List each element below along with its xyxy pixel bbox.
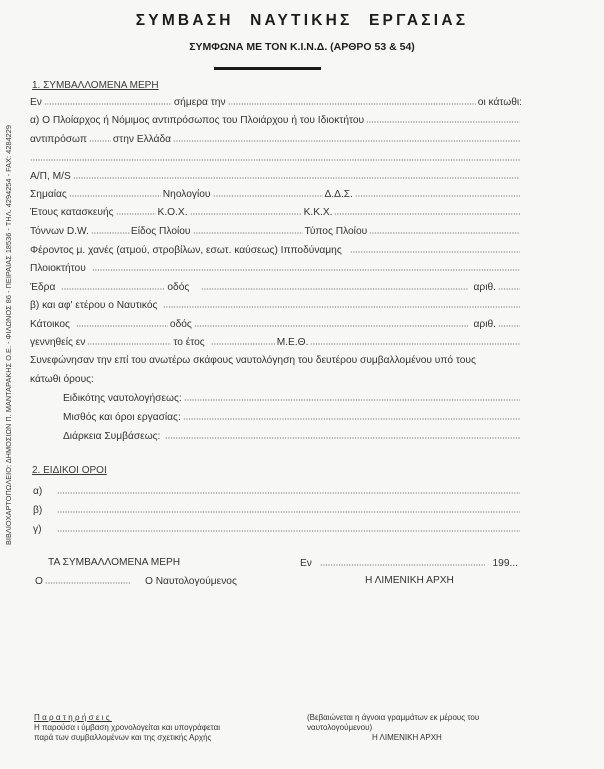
agreement-text-2: κάτωθι όρους:: [30, 374, 94, 385]
row-specialty: Ειδικότης ναυτολογήσεως:: [63, 392, 522, 406]
field-continuation[interactable]: [30, 152, 520, 161]
label-en: Εν: [300, 558, 312, 569]
row-seaman: β) και αφ' ετέρου ο Ναυτικός: [30, 299, 522, 313]
row-salary: Μισθός και όροι εργασίας:: [63, 411, 522, 425]
row-seat: Έδρα οδός αριθ.: [30, 281, 522, 295]
label-party-o: Ο: [35, 576, 43, 587]
field-dds[interactable]: [355, 188, 520, 197]
field-seat-number[interactable]: [498, 281, 520, 290]
notes-line-2: παρά των συμβαλλομένων και της σχετικής …: [34, 733, 211, 742]
label-street: οδός: [167, 282, 189, 293]
document-subtitle: ΣΥΜΦΩΝΑ ΜΕ ΤΟΝ Κ.Ι.Ν.Δ. (ΑΡΘΡΟ 53 & 54): [0, 41, 604, 53]
label-year-built: Έτους κατασκευής: [30, 207, 114, 218]
label-engines: Φέροντος μ. χανές (ατμού, στροβίλων, εσω…: [30, 245, 342, 256]
label-ship-type: Τύπος Πλοίου: [305, 226, 368, 237]
field-date[interactable]: [228, 96, 476, 105]
agreement-text-1: Συνεφώνησαν την επί του ανωτέρω σκάφους …: [30, 355, 476, 366]
label-dds: Δ.Δ.Σ.: [325, 189, 353, 200]
row-agreement-1: Συνεφώνησαν την επί του ανωτέρω σκάφους …: [30, 355, 522, 369]
special-term-a: α): [33, 485, 522, 499]
label-year-prefix: 199...: [493, 558, 519, 569]
field-duration[interactable]: [165, 430, 520, 439]
certification-authority: Η ΛΙΜΕΝΙΚΗ ΑΡΧΗ: [372, 733, 442, 742]
label-in-greece: στην Ελλάδα: [113, 134, 171, 145]
field-meth[interactable]: [310, 336, 520, 345]
row-duration: Διάρκεια Συμβάσεως:: [63, 430, 522, 444]
field-resident-number[interactable]: [498, 318, 520, 327]
row-representative: αντιπρόσωπ στην Ελλάδα: [30, 133, 522, 147]
label-place: Εν: [30, 97, 42, 108]
field-representative[interactable]: [173, 133, 520, 142]
section-1-heading: 1. ΣΥΜΒΑΛΛΟΜΕΝΑ ΜΕΡΗ: [32, 80, 159, 91]
field-birthplace[interactable]: [87, 336, 171, 345]
label-year: το έτος: [173, 337, 204, 348]
printer-imprint: ΒΙΒΛΙΟΧΑΡΤΟΠΩΛΕΙΟ: ΔΗΜΟΣΙΩΝ Π. ΜΑΝΤΑΡΑΚΗ…: [4, 125, 13, 545]
field-seat[interactable]: [61, 281, 165, 290]
label-ship-name: Α/Π, M/S: [30, 171, 71, 182]
label-seaman: β) και αφ' ετέρου ο Ναυτικός: [30, 300, 157, 311]
parties-heading: ΤΑ ΣΥΜΒΑΛΛΟΜΕΝΑ ΜΕΡΗ: [48, 557, 180, 568]
label-term-b: β): [33, 505, 49, 516]
contract-form-page: ΣΥΜΒΑΣΗ ΝΑΥΤΙΚΗΣ ΕΡΓΑΣΙΑΣ ΣΥΜΦΩΝΑ ΜΕ ΤΟΝ…: [0, 0, 604, 769]
label-flag: Σημαίας: [30, 189, 67, 200]
field-resident-street[interactable]: [194, 318, 468, 327]
field-master[interactable]: [366, 114, 520, 123]
special-term-b: β): [33, 504, 522, 518]
label-duration: Διάρκεια Συμβάσεως:: [63, 431, 160, 442]
field-seaman[interactable]: [163, 299, 520, 308]
field-ship-kind[interactable]: [193, 225, 303, 234]
field-term-b[interactable]: [57, 504, 520, 513]
row-blank-continuation: [30, 152, 522, 166]
label-seat: Έδρα: [30, 282, 55, 293]
row-resident: Κάτοικος οδός αριθ.: [30, 318, 522, 332]
field-representative-suffix[interactable]: [89, 133, 111, 142]
label-representative: αντιπρόσωπ: [30, 134, 87, 145]
label-undersigned: οι κάτωθι:: [478, 97, 522, 108]
signature-row: Ο Ο Ναυτολογούμενος: [35, 575, 275, 587]
field-sign-place[interactable]: [320, 557, 485, 566]
field-tonnage[interactable]: [91, 225, 129, 234]
field-specialty[interactable]: [184, 392, 520, 401]
label-seaman-signature: Ο Ναυτολογούμενος: [145, 576, 237, 587]
notes-line-1: Η παρούσα ι ύμβαση χρονολογείται και υπο…: [34, 723, 220, 732]
row-ship-name: Α/Π, M/S: [30, 170, 522, 184]
label-salary: Μισθός και όροι εργασίας:: [63, 412, 181, 423]
label-meth: Μ.Ε.Θ.: [277, 337, 309, 348]
field-term-a[interactable]: [57, 485, 520, 494]
field-place[interactable]: [44, 96, 172, 105]
field-birth-year[interactable]: [211, 336, 275, 345]
field-ship-name[interactable]: [73, 170, 520, 179]
field-term-c[interactable]: [57, 523, 520, 532]
field-horsepower[interactable]: [350, 244, 520, 253]
label-tonnage: Τόννων D.W.: [30, 226, 89, 237]
document-title: ΣΥΜΒΑΣΗ ΝΑΥΤΙΚΗΣ ΕΡΓΑΣΙΑΣ: [0, 12, 604, 30]
label-term-a: α): [33, 486, 49, 497]
label-resident: Κάτοικος: [30, 319, 70, 330]
certification-line-2: ναυτολογούμενου): [307, 723, 372, 732]
port-authority-signature: Η ΛΙΜΕΝΙΚΗ ΑΡΧΗ: [365, 575, 454, 586]
field-ship-type[interactable]: [369, 225, 520, 234]
label-kox: Κ.Ο.Χ.: [158, 207, 188, 218]
row-owner: Πλοιοκτήτου: [30, 262, 522, 276]
signature-place-date: Εν 199...: [300, 557, 518, 569]
label-master: α) Ο Πλοίαρχος ή Νόμιμος αντιπρόσωπος το…: [30, 115, 364, 126]
label-owner: Πλοιοκτήτου: [30, 263, 86, 274]
field-seat-street[interactable]: [201, 281, 467, 290]
row-agreement-2: κάτωθι όρους:: [30, 374, 522, 388]
row-place-date: Εν σήμερα την οι κάτωθι:: [30, 96, 522, 110]
field-owner[interactable]: [92, 262, 520, 271]
field-kox[interactable]: [190, 206, 302, 215]
row-engines: Φέροντος μ. χανές (ατμού, στροβίλων, εσω…: [30, 244, 522, 258]
field-year-built[interactable]: [116, 206, 156, 215]
field-resident[interactable]: [76, 318, 168, 327]
row-born: γεννηθείς εν το έτος Μ.Ε.Θ.: [30, 336, 522, 350]
field-party-signature[interactable]: [45, 575, 131, 584]
row-year-built: Έτους κατασκευής Κ.Ο.Χ. Κ.Κ.Χ.: [30, 206, 522, 220]
label-kkx: Κ.Κ.Χ.: [304, 207, 333, 218]
notes-heading: Παρατηρήσεις: [34, 713, 112, 722]
field-salary[interactable]: [183, 411, 520, 420]
row-master: α) Ο Πλοίαρχος ή Νόμιμος αντιπρόσωπος το…: [30, 114, 522, 128]
field-flag[interactable]: [69, 188, 161, 197]
label-number: αριθ.: [474, 282, 496, 293]
label-resident-number: αριθ.: [474, 319, 496, 330]
label-resident-street: οδός: [170, 319, 192, 330]
label-date: σήμερα την: [174, 97, 226, 108]
section-2-heading: 2. ΕΙΔΙΚΟΙ ΟΡΟΙ: [32, 465, 107, 476]
title-underline: [214, 67, 321, 70]
row-flag: Σημαίας Νηολογίου Δ.Δ.Σ.: [30, 188, 522, 202]
field-registry[interactable]: [213, 188, 323, 197]
label-specialty: Ειδικότης ναυτολογήσεως:: [63, 393, 182, 404]
special-term-c: γ): [33, 523, 522, 537]
field-kkx[interactable]: [334, 206, 520, 215]
row-tonnage: Τόννων D.W. Είδος Πλοίου Τύπος Πλοίου: [30, 225, 522, 239]
label-registry: Νηολογίου: [163, 189, 211, 200]
certification-line-1: (Βεβαιώνεται η άγνοια γραμμάτων εκ μέρου…: [307, 713, 479, 722]
label-term-c: γ): [33, 524, 49, 535]
label-ship-kind: Είδος Πλοίου: [131, 226, 191, 237]
label-born-in: γεννηθείς εν: [30, 337, 85, 348]
